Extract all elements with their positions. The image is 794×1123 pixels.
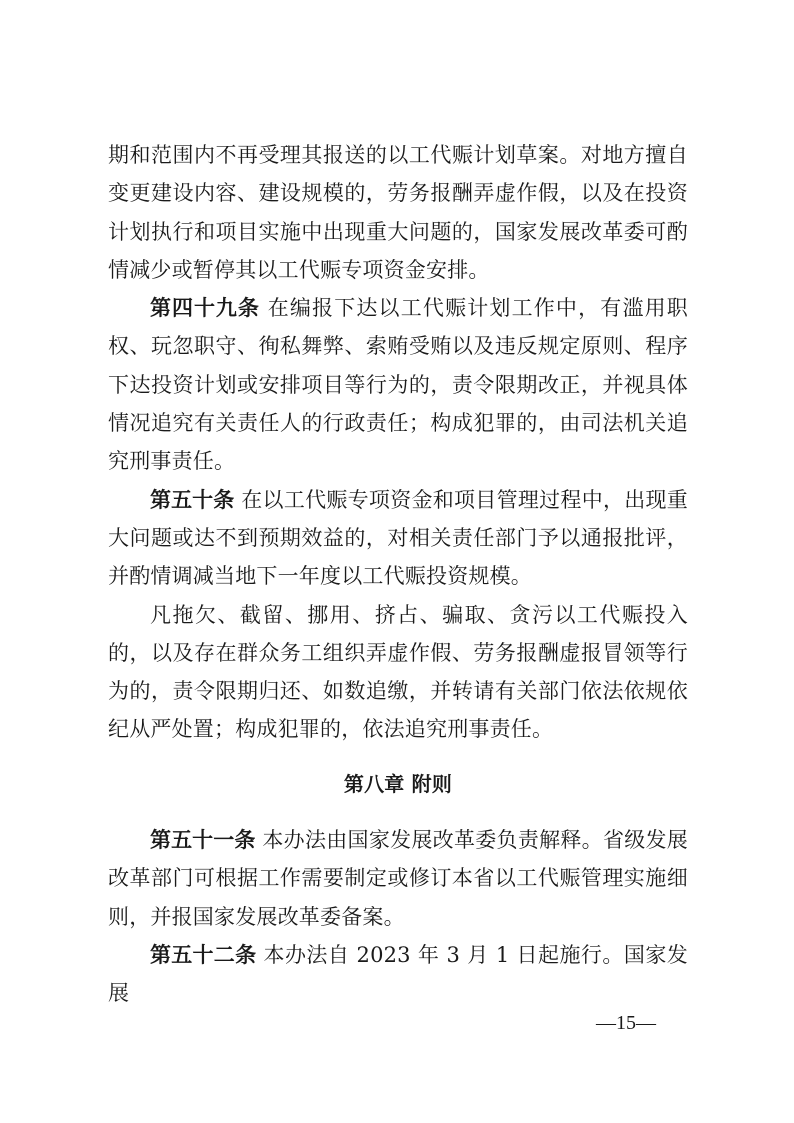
page-number: —15— xyxy=(596,1012,656,1035)
paragraph-text: 凡拖欠、截留、挪用、挤占、骗取、贪污以工代赈投入的，以及存在群众务工组织弄虚作假… xyxy=(108,603,688,742)
document-page: 期和范围内不再受理其报送的以工代赈计划草案。对地方擅自变更建设内容、建设规模的，… xyxy=(108,136,688,1013)
article-51: 第五十一条 本办法由国家发展改革委负责解释。省级发展改革部门可根据工作需要制定或… xyxy=(108,821,688,936)
article-label: 第五十二条 xyxy=(150,943,256,967)
chapter-heading: 第八章 附则 xyxy=(108,765,688,803)
article-label: 第四十九条 xyxy=(150,296,260,320)
paragraph-text: 期和范围内不再受理其报送的以工代赈计划草案。对地方擅自变更建设内容、建设规模的，… xyxy=(108,143,688,282)
article-label: 第五十条 xyxy=(150,488,234,512)
paragraph-continuation: 期和范围内不再受理其报送的以工代赈计划草案。对地方擅自变更建设内容、建设规模的，… xyxy=(108,136,688,289)
article-52: 第五十二条 本办法自 2023 年 3 月 1 日起施行。国家发展 xyxy=(108,936,688,1013)
article-49: 第四十九条 在编报下达以工代赈计划工作中，有滥用职权、玩忽职守、徇私舞弊、索贿受… xyxy=(108,289,688,480)
article-label: 第五十一条 xyxy=(150,828,255,852)
article-50-paragraph-2: 凡拖欠、截留、挪用、挤占、骗取、贪污以工代赈投入的，以及存在群众务工组织弄虚作假… xyxy=(108,596,688,749)
paragraph-text: 在编报下达以工代赈计划工作中，有滥用职权、玩忽职守、徇私舞弊、索贿受贿以及违反规… xyxy=(108,296,688,473)
article-50: 第五十条 在以工代赈专项资金和项目管理过程中，出现重大问题或达不到预期效益的，对… xyxy=(108,481,688,596)
